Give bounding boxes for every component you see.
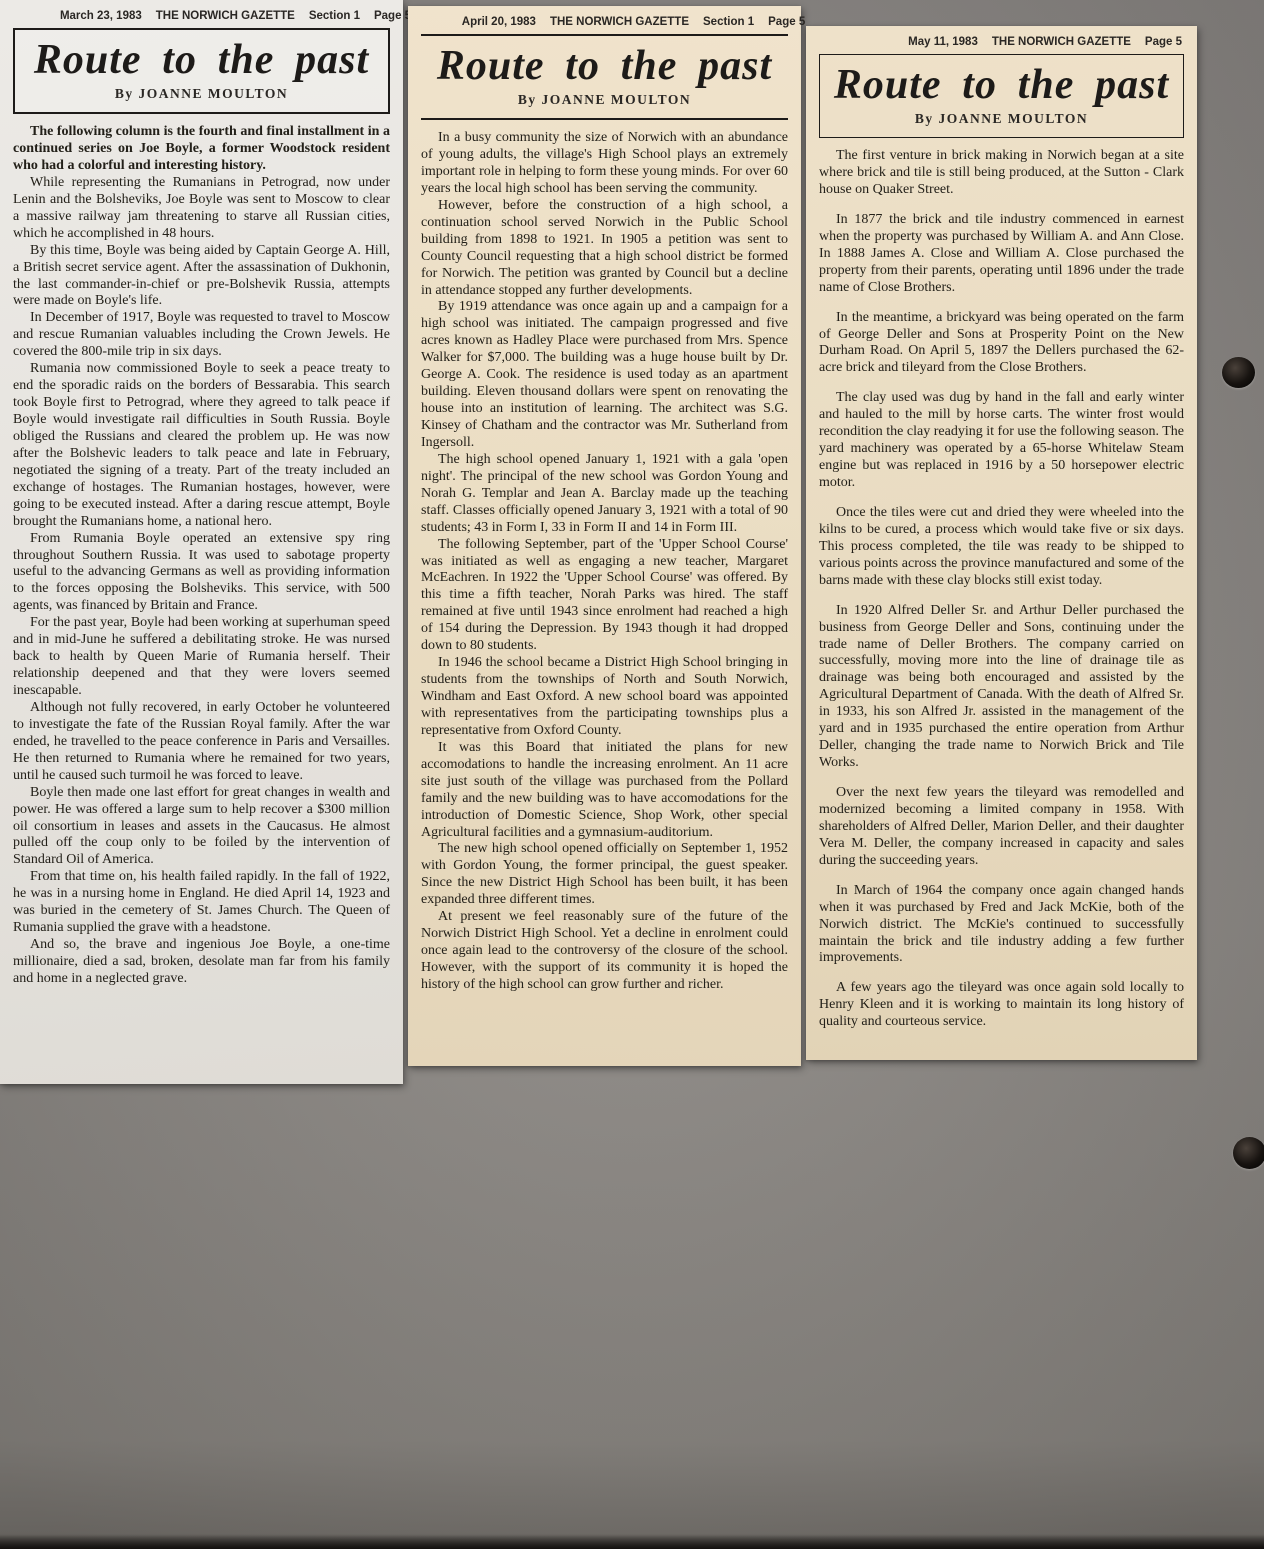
- paragraph: In 1877 the brick and tile industry comm…: [819, 212, 1184, 297]
- byline: By JOANNE MOULTON: [21, 86, 382, 102]
- headline: Route to the past: [427, 44, 782, 88]
- paragraph: Rumania now commissioned Boyle to seek a…: [13, 361, 390, 530]
- masthead-date: March 23, 1983: [60, 10, 142, 22]
- hole-punch-top: [1222, 357, 1255, 388]
- newspaper-clipping-may: May 11, 1983 THE NORWICH GAZETTE Page 5 …: [806, 26, 1197, 1060]
- article-body: In a busy community the size of Norwich …: [421, 130, 788, 994]
- headline: Route to the past: [826, 63, 1177, 107]
- paragraph: In a busy community the size of Norwich …: [421, 130, 788, 198]
- page-bottom-shadow: [0, 1535, 1264, 1549]
- paragraph: In 1920 Alfred Deller Sr. and Arthur Del…: [819, 603, 1184, 772]
- paragraph: And so, the brave and ingenious Joe Boyl…: [13, 937, 390, 988]
- paragraph: In 1946 the school became a District Hig…: [421, 655, 788, 740]
- paragraph: For the past year, Boyle had been workin…: [13, 615, 390, 700]
- paragraph: From that time on, his health failed rap…: [13, 869, 390, 937]
- scrapbook-page: March 23, 1983 THE NORWICH GAZETTE Secti…: [0, 0, 1264, 1549]
- paragraph: In March of 1964 the company once again …: [819, 883, 1184, 968]
- paragraph: In the meantime, a brickyard was being o…: [819, 310, 1184, 378]
- masthead-page: Page 5: [768, 16, 805, 28]
- newspaper-clipping-march: March 23, 1983 THE NORWICH GAZETTE Secti…: [0, 0, 403, 1084]
- byline: By JOANNE MOULTON: [826, 111, 1177, 127]
- masthead-page: Page 5: [374, 10, 411, 22]
- paragraph: In December of 1917, Boyle was requested…: [13, 310, 390, 361]
- paragraph: Boyle then made one last effort for grea…: [13, 785, 390, 870]
- headline: Route to the past: [21, 38, 382, 82]
- newspaper-clipping-april: April 20, 1983 THE NORWICH GAZETTE Secti…: [408, 6, 801, 1066]
- paragraph: The following September, part of the 'Up…: [421, 537, 788, 656]
- paragraph: At present we feel reasonably sure of th…: [421, 909, 788, 994]
- paragraph: Once the tiles were cut and dried they w…: [819, 505, 1184, 590]
- paragraph: By this time, Boyle was being aided by C…: [13, 243, 390, 311]
- hole-punch-bottom: [1233, 1137, 1264, 1169]
- headline-box: Route to the past By JOANNE MOULTON: [421, 34, 788, 120]
- masthead-paper-name: THE NORWICH GAZETTE: [550, 16, 689, 28]
- masthead-paper-name: THE NORWICH GAZETTE: [156, 10, 295, 22]
- masthead-section: Section 1: [309, 10, 360, 22]
- paragraph: The high school opened January 1, 1921 w…: [421, 452, 788, 537]
- paragraph: The new high school opened officially on…: [421, 841, 788, 909]
- masthead: April 20, 1983 THE NORWICH GAZETTE Secti…: [421, 14, 788, 34]
- paragraph: It was this Board that initiated the pla…: [421, 740, 788, 842]
- masthead-date: May 11, 1983: [908, 36, 978, 48]
- paragraph: From Rumania Boyle operated an extensive…: [13, 531, 390, 616]
- paragraph: The clay used was dug by hand in the fal…: [819, 390, 1184, 492]
- paragraph: By 1919 attendance was once again up and…: [421, 299, 788, 451]
- headline-box: Route to the past By JOANNE MOULTON: [819, 54, 1184, 138]
- masthead-paper-name: THE NORWICH GAZETTE: [992, 36, 1131, 48]
- article-body: The following column is the fourth and f…: [13, 124, 390, 988]
- paragraph: While representing the Rumanians in Petr…: [13, 175, 390, 243]
- byline: By JOANNE MOULTON: [427, 92, 782, 108]
- paragraph: A few years ago the tileyard was once ag…: [819, 980, 1184, 1031]
- paragraph: Although not fully recovered, in early O…: [13, 700, 390, 785]
- masthead-date: April 20, 1983: [462, 16, 536, 28]
- article-body: The first venture in brick making in Nor…: [819, 148, 1184, 1031]
- paragraph: However, before the construction of a hi…: [421, 198, 788, 300]
- masthead-section: Section 1: [703, 16, 754, 28]
- paragraph: Over the next few years the tileyard was…: [819, 785, 1184, 870]
- headline-box: Route to the past By JOANNE MOULTON: [13, 28, 390, 114]
- masthead-page: Page 5: [1145, 36, 1182, 48]
- paragraph: The following column is the fourth and f…: [13, 124, 390, 175]
- masthead: May 11, 1983 THE NORWICH GAZETTE Page 5: [819, 34, 1184, 54]
- paragraph: The first venture in brick making in Nor…: [819, 148, 1184, 199]
- masthead: March 23, 1983 THE NORWICH GAZETTE Secti…: [13, 8, 390, 28]
